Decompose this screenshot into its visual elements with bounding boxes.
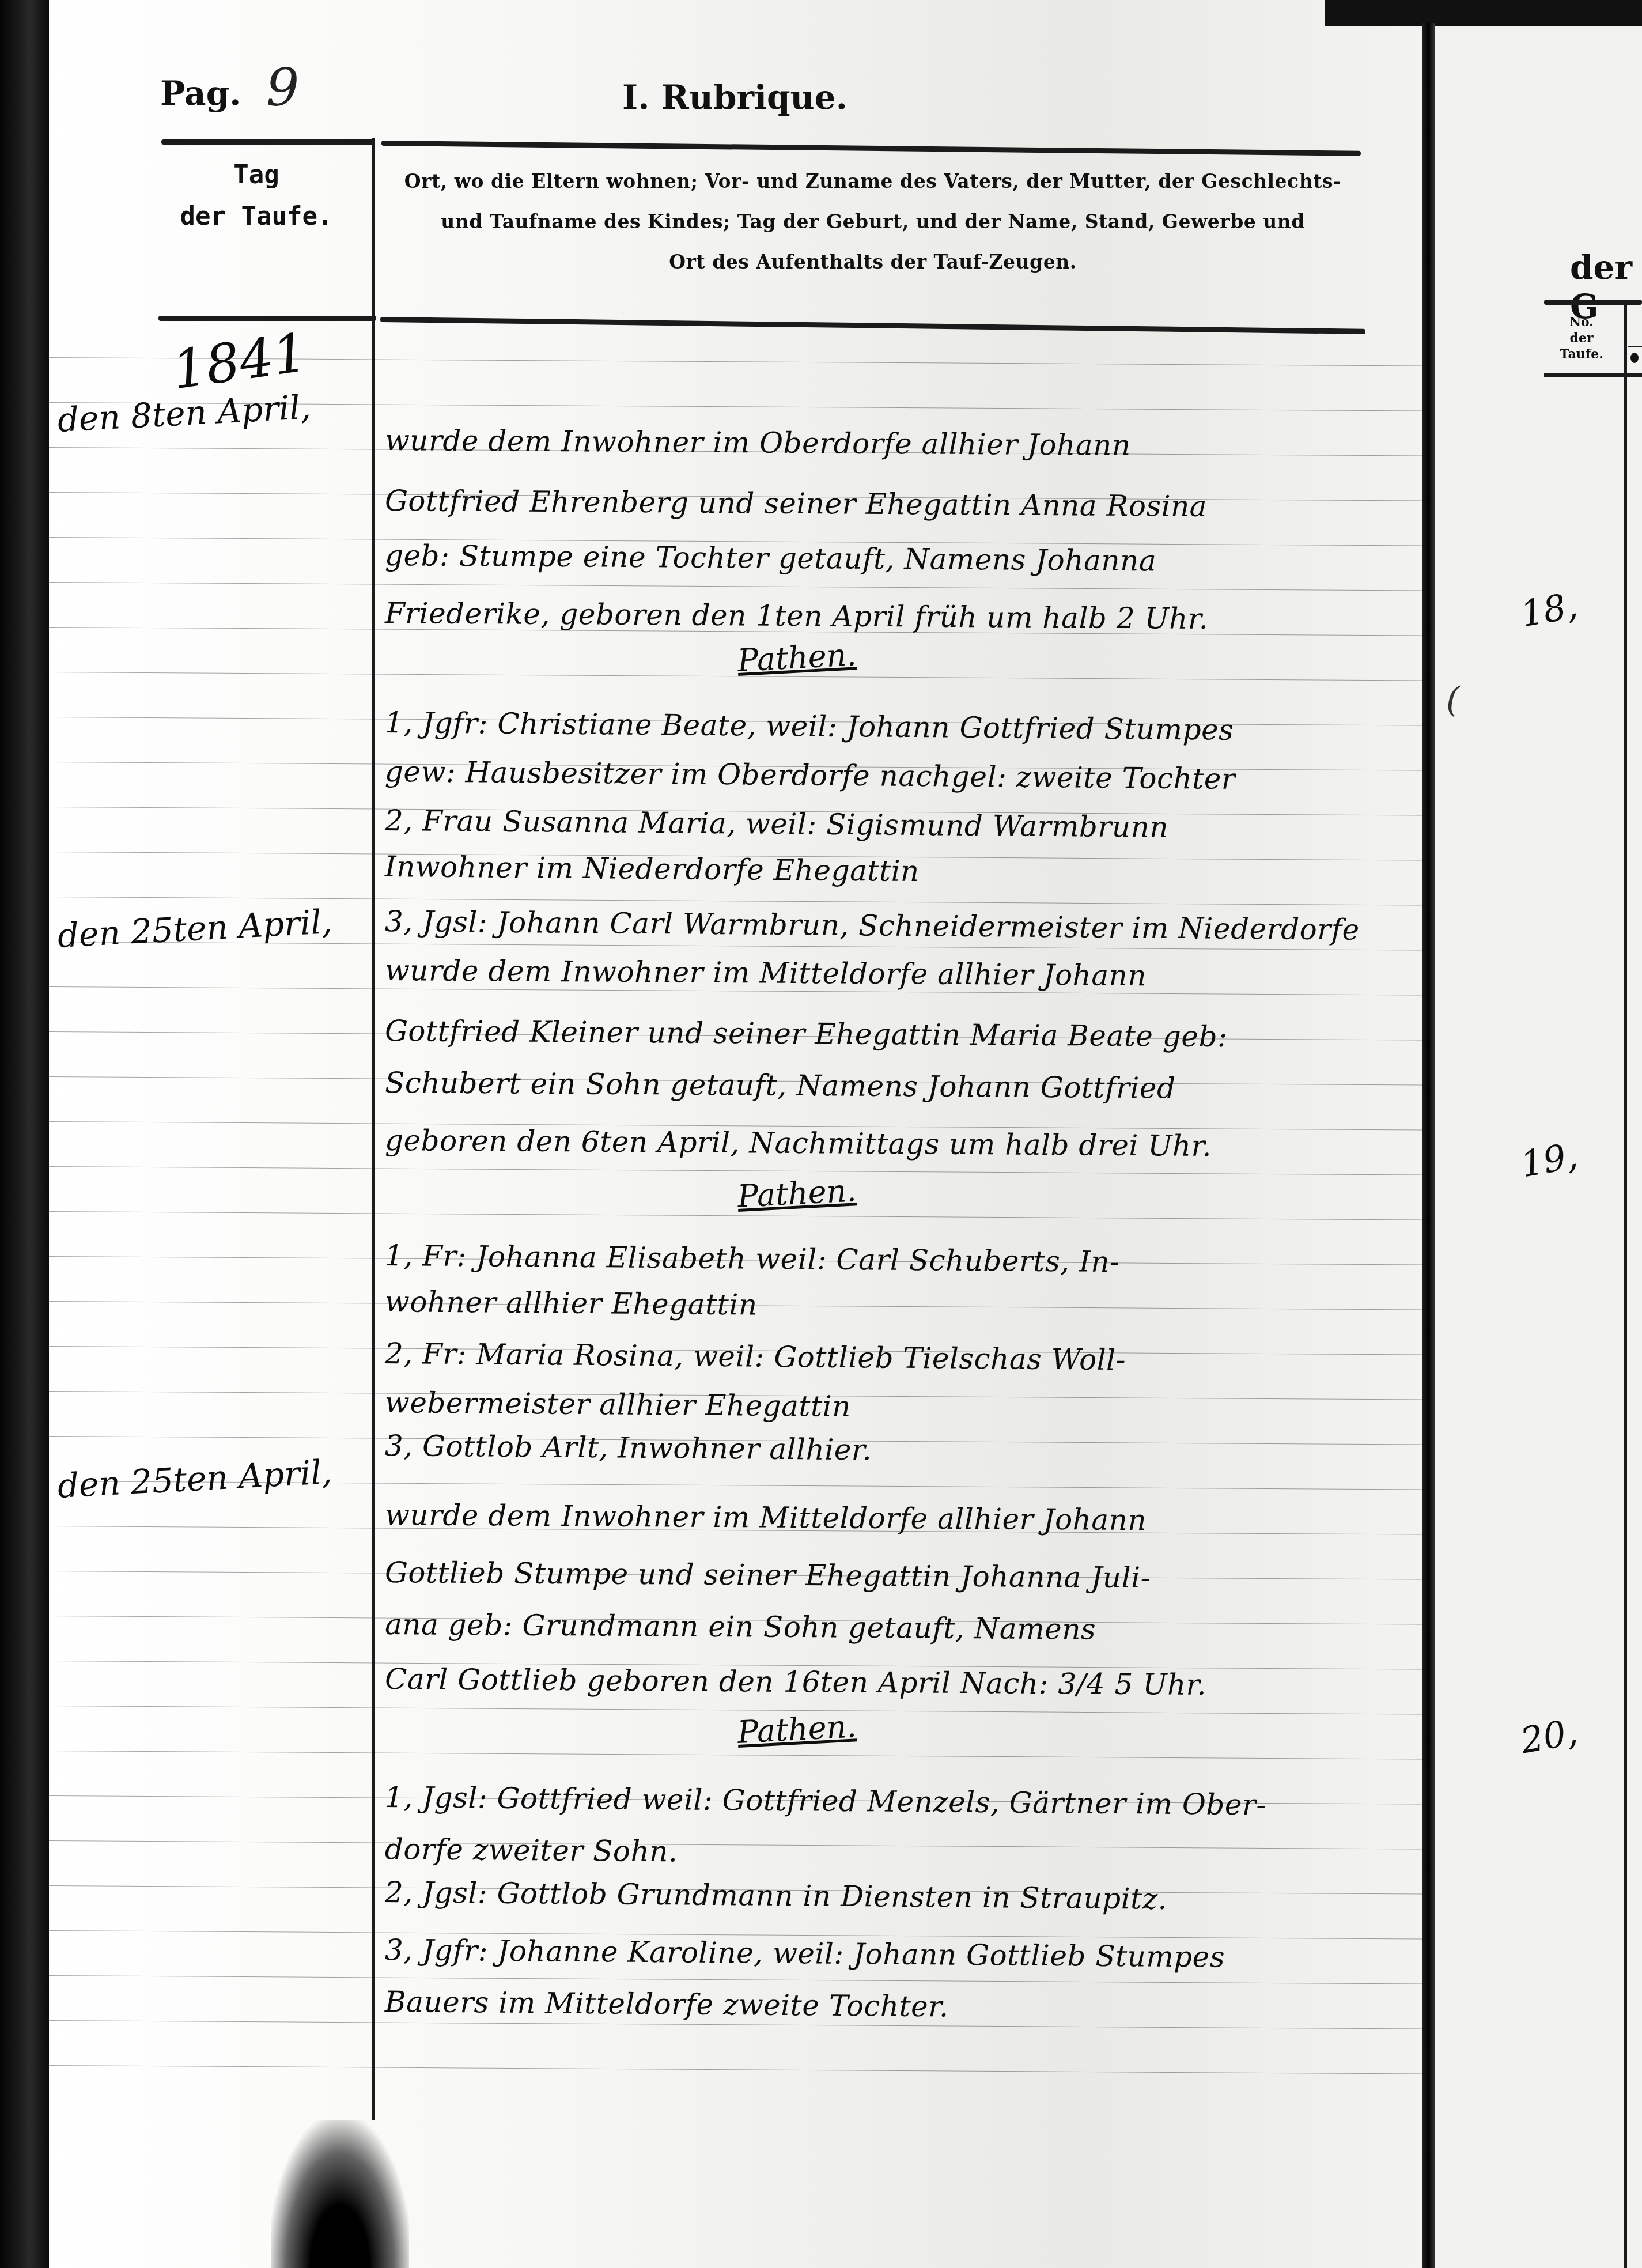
entry-line: Gottlieb Stumpe und seiner Ehegattin Joh…	[385, 1556, 1399, 1596]
entry-line: geboren den 6ten April, Nachmittags um h…	[385, 1124, 1399, 1164]
section-title: I. Rubrique.	[622, 78, 848, 117]
entry-line: Carl Gottlieb geboren den 16ten April Na…	[385, 1662, 1399, 1703]
facing-table-subrule	[1628, 346, 1642, 347]
entry-line: Gottfried Kleiner und seiner Ehegattin M…	[385, 1014, 1399, 1054]
facing-table-divider	[1624, 305, 1627, 2268]
margin-mark: (	[1446, 680, 1459, 720]
facing-column-header-line: der	[1550, 330, 1613, 346]
main-column-header-line: Ort, wo die Eltern wohnen; Vor- und Zuna…	[383, 161, 1363, 202]
main-column-header-line: Ort des Aufenthalts der Tauf-Zeugen.	[383, 242, 1363, 282]
main-column-header: Ort, wo die Eltern wohnen; Vor- und Zuna…	[383, 161, 1363, 282]
facing-table-mark	[1630, 353, 1639, 363]
entry-line: ana geb: Grundmann ein Sohn getauft, Nam…	[385, 1608, 1399, 1648]
entry-line: geb: Stumpe eine Tochter getauft, Namens…	[385, 539, 1399, 579]
main-column-header-line: und Taufname des Kindes; Tag der Geburt,…	[383, 202, 1363, 242]
page-number: 9	[266, 58, 299, 118]
scan-shadow	[1325, 0, 1642, 26]
entry-line: Schubert ein Sohn getauft, Namens Johann…	[385, 1066, 1399, 1106]
column-divider	[372, 138, 375, 2120]
facing-column-header-line: No.	[1550, 314, 1613, 330]
table-top-rule-left	[158, 316, 376, 321]
facing-table-header-rule	[1544, 373, 1642, 377]
date-column-header: Tag der Taufe.	[161, 154, 351, 237]
page-fold-shadow	[271, 2120, 409, 2268]
entry-line: Friederike, geboren den 1ten April früh …	[385, 596, 1399, 637]
entry-line: wurde dem Inwohner im Oberdorfe allhier …	[385, 424, 1399, 464]
godparents-heading: Pathen.	[736, 1708, 857, 1751]
page-label: Pag.	[160, 74, 241, 113]
date-column-header-line: Tag	[161, 154, 351, 196]
book-binding	[0, 0, 49, 2268]
entry-line: Gottfried Ehrenberg und seiner Ehegattin…	[385, 484, 1399, 524]
godparents-heading: Pathen.	[736, 636, 857, 679]
page-gutter	[1422, 23, 1435, 2268]
godparents-heading: Pathen.	[736, 1172, 857, 1215]
entry-line: wurde dem Inwohner im Mitteldorfe allhie…	[385, 954, 1399, 994]
entry-line: wurde dem Inwohner im Mitteldorfe allhie…	[385, 1498, 1399, 1539]
header-rule-left	[161, 139, 374, 145]
date-column-header-line: der Taufe.	[161, 196, 351, 237]
facing-column-header: No. der Taufe.	[1550, 314, 1613, 362]
facing-table-top-rule	[1544, 300, 1642, 305]
facing-column-header-line: Taufe.	[1550, 346, 1613, 362]
